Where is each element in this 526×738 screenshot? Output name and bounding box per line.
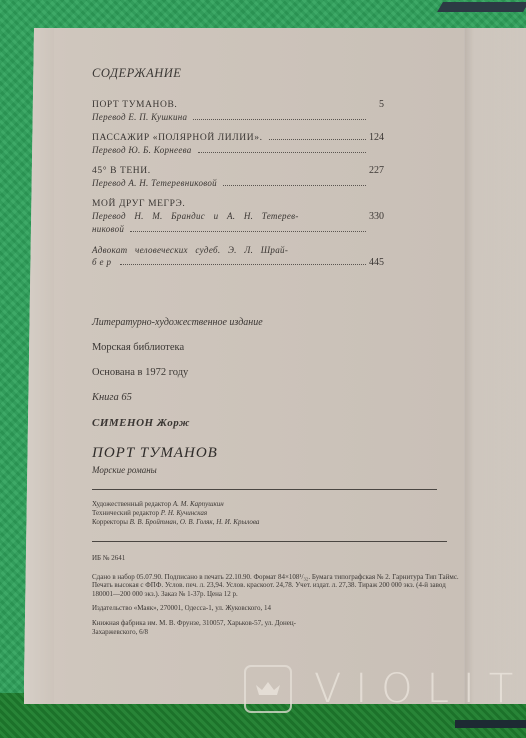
leader-dots — [223, 185, 366, 186]
toc-page-number: 330 — [369, 211, 384, 223]
toc-entry-title: ПАССАЖИР «ПОЛЯРНОЙ ЛИЛИИ». — [92, 132, 263, 144]
ib-number: ИБ № 2641 — [92, 554, 462, 563]
toc-entry: МОЙ ДРУГ МЕГРЭ. Перевод Н. М. Брандис и … — [92, 198, 384, 236]
credit-line: Корректоры В. В. Бройтман, О. В. Голяк, … — [92, 518, 384, 527]
credit-line: Технический редактор Р. Н. Кучинская — [92, 509, 384, 518]
printer-address: Книжная фабрика им. М. В. Фрунзе, 310057… — [92, 619, 332, 636]
credits: Художественный редактор А. М. Карпушкин … — [92, 500, 384, 527]
toc-entry-translator: Перевод Е. П. Кушкина — [92, 111, 187, 123]
toc-entry-title: ПОРТ ТУМАНОВ. — [92, 99, 177, 111]
toc-entry-title: Адвокат человеческих судеб. Э. Л. Шрай- — [92, 244, 288, 256]
toc-entry-title: 45° В ТЕНИ. — [92, 165, 151, 177]
toc-entry: ПОРТ ТУМАНОВ.5 Перевод Е. П. Кушкина000 — [92, 99, 384, 124]
toc-page-number: 227 — [369, 165, 384, 177]
leader-dots — [120, 264, 366, 265]
toc-entry-title-cont: бер — [92, 256, 114, 268]
divider — [92, 489, 437, 490]
toc-page-number: 124 — [369, 132, 384, 144]
leader-dots — [130, 231, 366, 232]
imprint: ИБ № 2641 Сдано в набор 05.07.90. Подпис… — [92, 554, 462, 636]
leader-dots — [198, 152, 366, 153]
toc-entry-translator: Перевод Н. М. Брандис и А. Н. Тетерев- — [92, 210, 299, 222]
toc-page-number: 5 — [379, 99, 384, 111]
book-subtitle: Морские романы — [92, 465, 384, 475]
toc-heading: СОДЕРЖАНИЕ — [92, 66, 384, 81]
series-name: Морская библиотека — [92, 342, 384, 353]
toc-entry: Адвокат человеческих судеб. Э. Л. Шрай- … — [92, 244, 384, 269]
leader-dots — [269, 139, 366, 140]
leader-dots — [193, 119, 366, 120]
book-cover-edge-bottom — [455, 720, 526, 728]
toc-entry-translator: Перевод А. Н. Тетеревниковой — [92, 177, 217, 189]
edition-type: Литературно-художественное издание — [92, 317, 384, 328]
page-left-strip — [24, 28, 54, 704]
toc-entry: 45° В ТЕНИ.227 Перевод А. Н. Тетеревнико… — [92, 165, 384, 190]
book-cover-edge-top — [437, 2, 526, 12]
publisher-address: Издательство «Маяк», 270001, Одесса-1, у… — [92, 604, 462, 613]
book-number: Книга 65 — [92, 392, 384, 403]
page-content: СОДЕРЖАНИЕ ПОРТ ТУМАНОВ.5 Перевод Е. П. … — [92, 66, 384, 642]
toc-entry: ПАССАЖИР «ПОЛЯРНОЙ ЛИЛИИ».124 Перевод Ю.… — [92, 132, 384, 157]
toc-entry-translator: Перевод Ю. Б. Корнеева — [92, 144, 192, 156]
toc-entry-title: МОЙ ДРУГ МЕГРЭ. — [92, 198, 185, 210]
series-founded: Основана в 1972 году — [92, 367, 384, 378]
crown-icon — [244, 665, 292, 713]
watermark-text: VIOLITY — [314, 666, 526, 712]
print-details: Сдано в набор 05.07.90. Подписано в печа… — [92, 573, 462, 599]
page-fold — [464, 28, 526, 704]
credit-line: Художественный редактор А. М. Карпушкин — [92, 500, 384, 509]
author-name: СИМЕНОН Жорж — [92, 417, 384, 429]
watermark: VIOLITY — [244, 665, 526, 713]
toc-page-number: 445 — [369, 257, 384, 269]
book-title: ПОРТ ТУМАНОВ — [92, 445, 384, 462]
toc-entry-translator-cont: никовой — [92, 223, 124, 235]
divider — [92, 541, 447, 542]
